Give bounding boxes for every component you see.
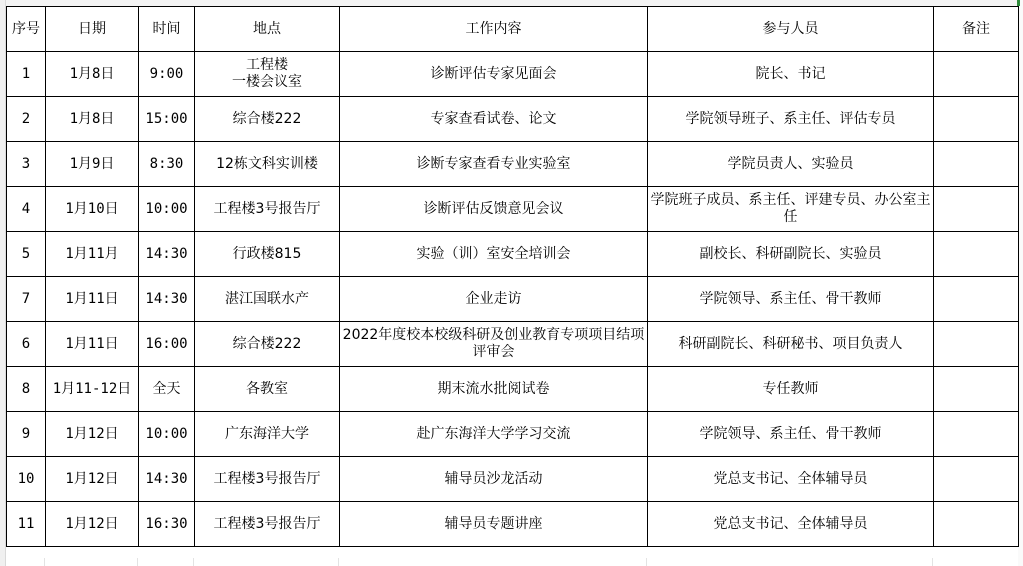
header-cell-place[interactable]: 地点	[195, 7, 340, 52]
cell-people[interactable]: 学院员责人、实验员	[648, 142, 934, 187]
cell-date[interactable]: 1月11日	[46, 277, 139, 322]
cell-no[interactable]: 7	[7, 277, 46, 322]
cell-note[interactable]	[934, 367, 1019, 412]
cell-place[interactable]: 12栋文科实训楼	[195, 142, 340, 187]
cell-note[interactable]	[934, 97, 1019, 142]
cell-people[interactable]: 学院领导班子、系主任、评估专员	[648, 97, 934, 142]
cell-date[interactable]: 1月10日	[46, 187, 139, 232]
cell-content[interactable]: 诊断评估反馈意见会议	[340, 187, 648, 232]
cell-no[interactable]: 6	[7, 322, 46, 367]
header-cell-note[interactable]: 备注	[934, 7, 1019, 52]
table-row: 71月11日14:30湛江国联水产企业走访学院领导、系主任、骨干教师	[7, 277, 1019, 322]
cell-content[interactable]: 期末流水批阅试卷	[340, 367, 648, 412]
cell-no[interactable]: 9	[7, 412, 46, 457]
table-row: 111月12日16:30工程楼3号报告厅辅导员专题讲座党总支书记、全体辅导员	[7, 502, 1019, 547]
cell-date[interactable]: 1月11日	[46, 322, 139, 367]
table-row: 91月12日10:00广东海洋大学赴广东海洋大学学习交流学院领导、系主任、骨干教…	[7, 412, 1019, 457]
cell-people[interactable]: 学院领导、系主任、骨干教师	[648, 412, 934, 457]
cell-no[interactable]: 11	[7, 502, 46, 547]
cell-time[interactable]: 16:30	[139, 502, 195, 547]
cell-note[interactable]	[934, 187, 1019, 232]
header-cell-time[interactable]: 时间	[139, 7, 195, 52]
cell-people[interactable]: 专任教师	[648, 367, 934, 412]
cell-time[interactable]: 8:30	[139, 142, 195, 187]
cell-content[interactable]: 实验（训）室安全培训会	[340, 232, 648, 277]
cell-date[interactable]: 1月12日	[46, 502, 139, 547]
cell-place[interactable]: 工程楼3号报告厅	[195, 457, 340, 502]
cell-time[interactable]: 10:00	[139, 412, 195, 457]
cell-time[interactable]: 16:00	[139, 322, 195, 367]
cell-time[interactable]: 全天	[139, 367, 195, 412]
cell-people[interactable]: 副校长、科研副院长、实验员	[648, 232, 934, 277]
cell-date[interactable]: 1月11月	[46, 232, 139, 277]
cell-note[interactable]	[934, 277, 1019, 322]
cell-people[interactable]: 党总支书记、全体辅导员	[648, 457, 934, 502]
cell-note[interactable]	[934, 322, 1019, 367]
table-row: 31月9日8:3012栋文科实训楼诊断专家查看专业实验室学院员责人、实验员	[7, 142, 1019, 187]
cell-people[interactable]: 学院班子成员、系主任、评建专员、办公室主任	[648, 187, 934, 232]
cell-no[interactable]: 3	[7, 142, 46, 187]
cell-place[interactable]: 行政楼815	[195, 232, 340, 277]
table-row: 61月11日16:00综合楼2222022年度校本校级科研及创业教育专项项目结项…	[7, 322, 1019, 367]
table-row: 81月11-12日全天各教室期末流水批阅试卷专任教师	[7, 367, 1019, 412]
cell-no[interactable]: 5	[7, 232, 46, 277]
cell-date[interactable]: 1月12日	[46, 412, 139, 457]
cell-date[interactable]: 1月8日	[46, 97, 139, 142]
schedule-table: 序号 日期 时间 地点 工作内容 参与人员 备注 11月8日9:00工程楼 一楼…	[6, 6, 1019, 547]
table-row: 51月11月14:30行政楼815实验（训）室安全培训会副校长、科研副院长、实验…	[7, 232, 1019, 277]
cell-people[interactable]: 科研副院长、科研秘书、项目负责人	[648, 322, 934, 367]
cell-date[interactable]: 1月11-12日	[46, 367, 139, 412]
cell-place[interactable]: 工程楼 一楼会议室	[195, 52, 340, 97]
cell-no[interactable]: 8	[7, 367, 46, 412]
cell-people[interactable]: 学院领导、系主任、骨干教师	[648, 277, 934, 322]
cell-time[interactable]: 10:00	[139, 187, 195, 232]
cell-content[interactable]: 辅导员专题讲座	[340, 502, 648, 547]
header-cell-no[interactable]: 序号	[7, 7, 46, 52]
cell-people[interactable]: 院长、书记	[648, 52, 934, 97]
cell-time[interactable]: 14:30	[139, 232, 195, 277]
cell-note[interactable]	[934, 457, 1019, 502]
cell-note[interactable]	[934, 232, 1019, 277]
cell-place[interactable]: 湛江国联水产	[195, 277, 340, 322]
cell-place[interactable]: 综合楼222	[195, 97, 340, 142]
table-row: 101月12日14:30工程楼3号报告厅辅导员沙龙活动党总支书记、全体辅导员	[7, 457, 1019, 502]
cell-no[interactable]: 1	[7, 52, 46, 97]
cell-place[interactable]: 综合楼222	[195, 322, 340, 367]
table-row: 21月8日15:00综合楼222专家查看试卷、论文学院领导班子、系主任、评估专员	[7, 97, 1019, 142]
cell-date[interactable]: 1月9日	[46, 142, 139, 187]
cell-no[interactable]: 2	[7, 97, 46, 142]
cell-content[interactable]: 诊断专家查看专业实验室	[340, 142, 648, 187]
header-cell-people[interactable]: 参与人员	[648, 7, 934, 52]
cell-place[interactable]: 广东海洋大学	[195, 412, 340, 457]
cell-note[interactable]	[934, 142, 1019, 187]
cell-content[interactable]: 赴广东海洋大学学习交流	[340, 412, 648, 457]
cell-time[interactable]: 15:00	[139, 97, 195, 142]
cell-content[interactable]: 诊断评估专家见面会	[340, 52, 648, 97]
cell-date[interactable]: 1月8日	[46, 52, 139, 97]
header-row: 序号 日期 时间 地点 工作内容 参与人员 备注	[7, 7, 1019, 52]
cell-content[interactable]: 企业走访	[340, 277, 648, 322]
cell-place[interactable]: 工程楼3号报告厅	[195, 502, 340, 547]
cell-place[interactable]: 各教室	[195, 367, 340, 412]
cell-content[interactable]: 辅导员沙龙活动	[340, 457, 648, 502]
cell-note[interactable]	[934, 52, 1019, 97]
table-row: 11月8日9:00工程楼 一楼会议室诊断评估专家见面会院长、书记	[7, 52, 1019, 97]
cell-time[interactable]: 14:30	[139, 457, 195, 502]
cell-note[interactable]	[934, 502, 1019, 547]
cell-no[interactable]: 4	[7, 187, 46, 232]
table-row: 41月10日10:00工程楼3号报告厅诊断评估反馈意见会议学院班子成员、系主任、…	[7, 187, 1019, 232]
cell-date[interactable]: 1月12日	[46, 457, 139, 502]
cell-content[interactable]: 2022年度校本校级科研及创业教育专项项目结项评审会	[340, 322, 648, 367]
cell-time[interactable]: 9:00	[139, 52, 195, 97]
cell-content[interactable]: 专家查看试卷、论文	[340, 97, 648, 142]
header-cell-content[interactable]: 工作内容	[340, 7, 648, 52]
cell-no[interactable]: 10	[7, 457, 46, 502]
cell-people[interactable]: 党总支书记、全体辅导员	[648, 502, 934, 547]
cell-time[interactable]: 14:30	[139, 277, 195, 322]
header-cell-date[interactable]: 日期	[46, 7, 139, 52]
cell-note[interactable]	[934, 412, 1019, 457]
cell-place[interactable]: 工程楼3号报告厅	[195, 187, 340, 232]
empty-sheet-area	[6, 558, 1018, 566]
